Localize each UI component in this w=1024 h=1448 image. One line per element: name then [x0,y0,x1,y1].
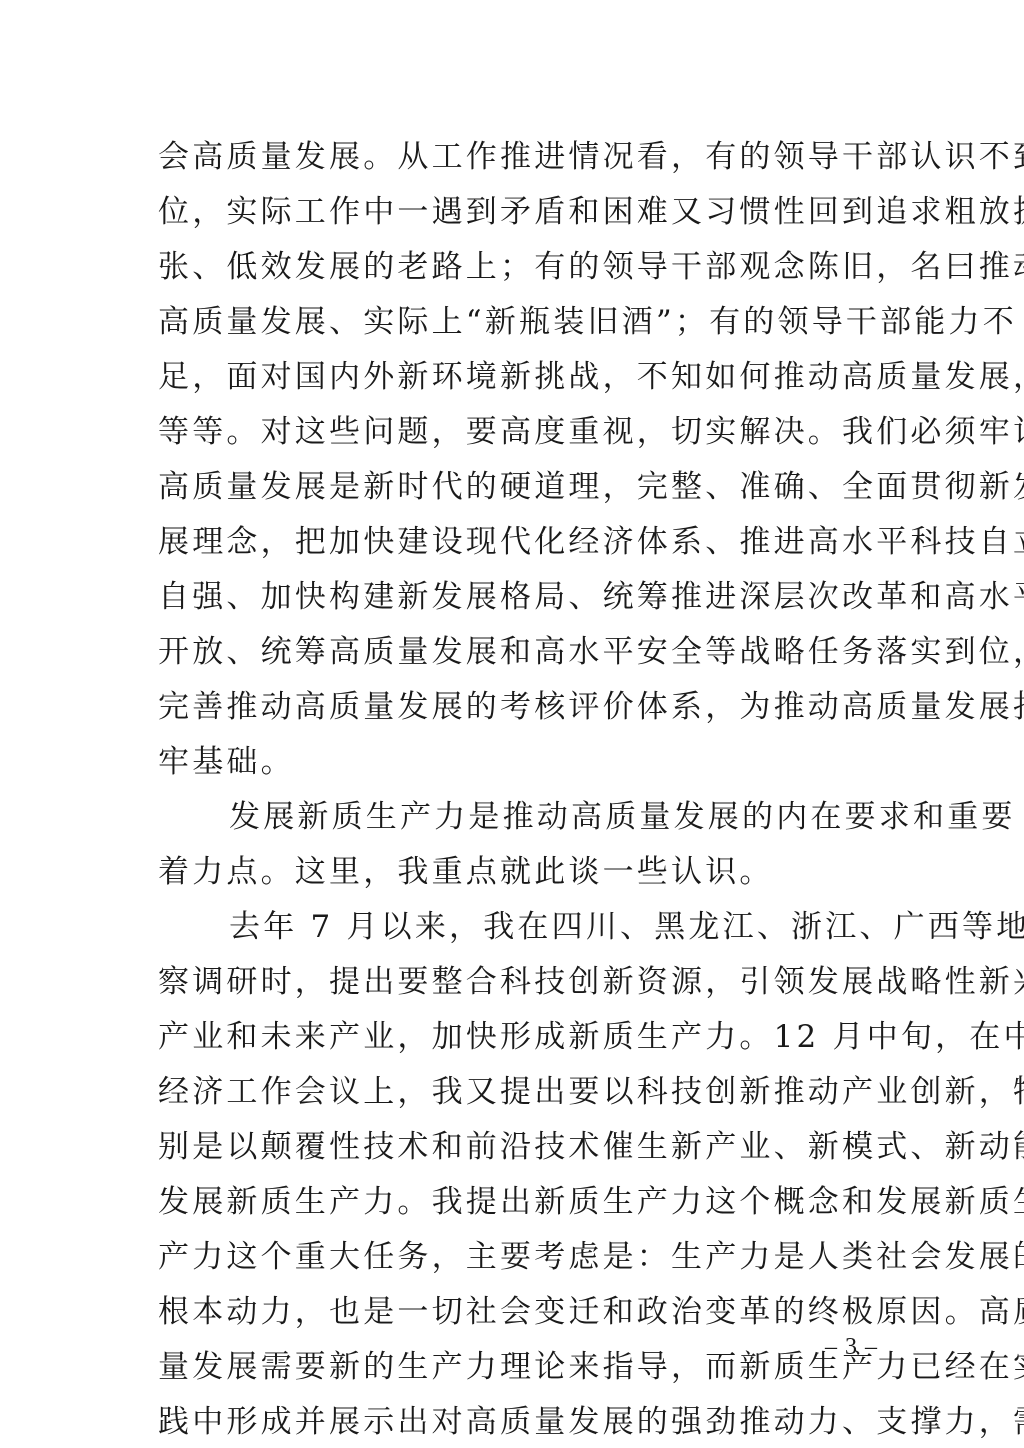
text-line: 高质量发展是新时代的硬道理，完整、准确、全面贯彻新发 [158,460,870,515]
text-line: 产力这个重大任务，主要考虑是：生产力是人类社会发展的 [158,1230,870,1285]
text-line: 践中形成并展示出对高质量发展的强劲推动力、支撑力，需 [158,1395,870,1448]
text-line: 量发展需要新的生产力理论来指导，而新质生产力已经在实 [158,1340,870,1395]
document-page: 会高质量发展。从工作推进情况看，有的领导干部认识不到 位，实际工作中一遇到矛盾和… [0,0,1024,1448]
text-line: 发展新质生产力。我提出新质生产力这个概念和发展新质生 [158,1175,870,1230]
text-line: 张、低效发展的老路上；有的领导干部观念陈旧，名曰推动 [158,240,870,295]
text-line: 牢基础。 [158,735,870,790]
paragraph-start-line: 发展新质生产力是推动高质量发展的内在要求和重要 [158,790,870,845]
text-line: 高质量发展、实际上“新瓶装旧酒”；有的领导干部能力不 [158,295,870,350]
text-line: 根本动力，也是一切社会变迁和政治变革的终极原因。高质 [158,1285,870,1340]
text-line: 展理念，把加快建设现代化经济体系、推进高水平科技自立 [158,515,870,570]
text-line: 自强、加快构建新发展格局、统筹推进深层次改革和高水平 [158,570,870,625]
text-line: 察调研时，提出要整合科技创新资源，引领发展战略性新兴 [158,955,870,1010]
text-line: 开放、统筹高质量发展和高水平安全等战略任务落实到位， [158,625,870,680]
text-line: 经济工作会议上，我又提出要以科技创新推动产业创新，特 [158,1065,870,1120]
text-line: 着力点。这里，我重点就此谈一些认识。 [158,845,870,900]
document-body: 会高质量发展。从工作推进情况看，有的领导干部认识不到 位，实际工作中一遇到矛盾和… [158,130,870,1448]
text-line: 别是以颠覆性技术和前沿技术催生新产业、新模式、新动能， [158,1120,870,1175]
paragraph-start-line: 去年 7 月以来，我在四川、黑龙江、浙江、广西等地考 [158,900,870,955]
text-line: 足，面对国内外新环境新挑战，不知如何推动高质量发展， [158,350,870,405]
text-line: 产业和未来产业，加快形成新质生产力。12 月中旬，在中央 [158,1010,870,1065]
page-number: – 3 – [818,1334,878,1361]
text-line: 位，实际工作中一遇到矛盾和困难又习惯性回到追求粗放扩 [158,185,870,240]
text-line: 完善推动高质量发展的考核评价体系，为推动高质量发展打 [158,680,870,735]
text-line: 会高质量发展。从工作推进情况看，有的领导干部认识不到 [158,130,870,185]
text-line: 等等。对这些问题，要高度重视，切实解决。我们必须牢记 [158,405,870,460]
